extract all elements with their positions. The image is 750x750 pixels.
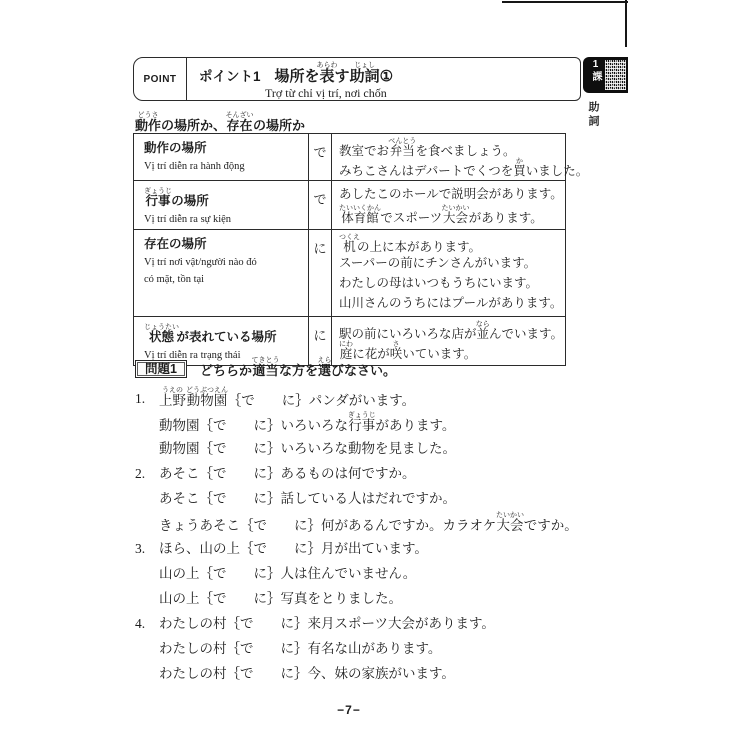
category-cell: 行事ぎょうじの場所Vị trí diễn ra sự kiện <box>134 181 309 230</box>
exercise-sentence: わたしの村｛で に｝来月スポーツ大会があります。 <box>159 611 495 636</box>
lesson-tab-texture-icon <box>605 60 626 90</box>
category-cell: 存在の場所Vị trí nơi vật/người nào đócó mặt, … <box>134 230 309 317</box>
exercise-line: 2.あそこ｛で に｝あるものは何ですか。 <box>135 461 605 486</box>
exercise-line: 山の上｛で に｝人は住んでいません。 <box>135 561 605 586</box>
example-sentence: あしたこのホールで説明会があります。 <box>339 184 561 204</box>
category-label-jp: 存在の場所 <box>144 237 302 252</box>
table-row: 行事ぎょうじの場所Vị trí diễn ra sự kiệnであしたこのホール… <box>134 181 566 230</box>
point-number: ポイント1 <box>199 69 261 85</box>
exercise-sentence: ほら、山の上｛で に｝月が出ています。 <box>159 536 428 561</box>
point-label: POINT <box>134 58 187 100</box>
exercise-line: 動物園｛で に｝いろいろな動物を見ました。 <box>135 436 605 461</box>
exercise-line: あそこ｛で に｝話している人はだれですか。 <box>135 486 605 511</box>
chapter-caption: 助詞 <box>585 101 601 129</box>
exercise-line: 4.わたしの村｛で に｝来月スポーツ大会があります。 <box>135 611 605 636</box>
exercise-sentence: あそこ｛で に｝話している人はだれですか。 <box>159 486 456 511</box>
particle-cell: に <box>309 230 332 317</box>
scan-artifact-top-line <box>502 1 628 3</box>
scanned-textbook-page: 1課 助詞 POINT ポイント1 場所を表あらわす助詞じょし① Trợ từ … <box>0 0 750 750</box>
exercise-line: きょうあそこ｛で に｝何があるんですか。カラオケ大会たいかいですか。 <box>135 511 605 536</box>
category-label-jp: 行事ぎょうじの場所 <box>144 188 302 209</box>
lesson-tab: 1課 <box>583 57 628 93</box>
exercise-sentence: 山の上｛で に｝人は住んでいません。 <box>159 561 416 586</box>
example-sentence: 山川さんのうちにはプールがあります。 <box>339 293 561 313</box>
particle-cell: で <box>309 134 332 181</box>
examples-cell: 机つくえの上に本があります。スーパーの前にチンさんがいます。わたしの母はいつもう… <box>332 230 566 317</box>
point-header-text: ポイント1 場所を表あらわす助詞じょし① Trợ từ chỉ vị trí, … <box>187 58 393 100</box>
exercise-number: 1. <box>135 386 159 411</box>
category-label-jp: 状態じょうたいが表れている場所 <box>144 324 302 345</box>
example-sentence: 駅の前にいろいろな店が並ならんでいます。 <box>339 320 561 340</box>
exercise-sentence: あそこ｛で に｝あるものは何ですか。 <box>159 461 416 486</box>
example-sentence: 体育館たいいくかんでスポーツ大会たいかいがあります。 <box>339 204 561 224</box>
exercise-line: 1.上野うえの動物園どうぶつえん｛で に｝パンダがいます。 <box>135 386 605 411</box>
exercise-number: 3. <box>135 536 159 561</box>
category-label-jp: 動作の場所 <box>144 141 302 156</box>
example-sentence: 机つくえの上に本があります。 <box>339 233 561 253</box>
exercise-sentence: 動物園｛で に｝いろいろな行事ぎょうじがあります。 <box>159 411 455 436</box>
exercise-sentence: 上野うえの動物園どうぶつえん｛で に｝パンダがいます。 <box>159 386 415 411</box>
table-row: 動作の場所Vị trí diễn ra hành độngで教室でお弁当べんとう… <box>134 134 566 181</box>
examples-cell: 教室でお弁当べんとうを食べましょう。みちこさんはデパートでくつを買かいました。 <box>332 134 566 181</box>
section-subtitle-vi: Trợ từ chỉ vị trí, nơi chốn <box>265 86 393 100</box>
category-label-vi: Vị trí diễn ra sự kiện <box>144 213 302 226</box>
exercise-sentence: 動物園｛で に｝いろいろな動物を見ました。 <box>159 436 456 461</box>
point-header: POINT ポイント1 場所を表あらわす助詞じょし① Trợ từ chỉ vị… <box>133 57 581 101</box>
exercise-number: 2. <box>135 461 159 486</box>
exercise-list: 1.上野うえの動物園どうぶつえん｛で に｝パンダがいます。動物園｛で に｝いろい… <box>135 386 605 686</box>
problem-badge: 問題1 <box>135 360 187 378</box>
exercise-line: わたしの村｛で に｝有名な山があります。 <box>135 636 605 661</box>
page-number: −7− <box>133 703 565 717</box>
category-cell: 動作の場所Vị trí diễn ra hành động <box>134 134 309 181</box>
problem-prompt: どちらか適当てきとうな方を選えらびなさい。 <box>200 357 396 381</box>
exercise-line: 山の上｛で に｝写真をとりました。 <box>135 586 605 611</box>
examples-cell: あしたこのホールで説明会があります。体育館たいいくかんでスポーツ大会たいかいがあ… <box>332 181 566 230</box>
category-label-vi: Vị trí diễn ra hành động <box>144 160 302 173</box>
intro-heading: 動作どうさの場所か、存在そんざいの場所か <box>135 112 305 130</box>
table-row: 存在の場所Vị trí nơi vật/người nào đócó mặt, … <box>134 230 566 317</box>
example-sentence: 教室でお弁当べんとうを食べましょう。 <box>339 137 561 157</box>
exercise-line: 動物園｛で に｝いろいろな行事ぎょうじがあります。 <box>135 411 605 436</box>
grammar-table: 動作の場所Vị trí diễn ra hành độngで教室でお弁当べんとう… <box>133 133 566 366</box>
category-label-vi: Vị trí nơi vật/người nào đó <box>144 256 302 269</box>
lesson-tab-label: 1課 <box>587 59 603 91</box>
exercise-number: 4. <box>135 611 159 636</box>
exercise-line: わたしの村｛で に｝今、妹の家族がいます。 <box>135 661 605 686</box>
particle-cell: で <box>309 181 332 230</box>
exercise-sentence: きょうあそこ｛で に｝何があるんですか。カラオケ大会たいかいですか。 <box>159 511 578 536</box>
problem-header: 問題1 どちらか適当てきとうな方を選えらびなさい。 <box>135 359 396 379</box>
exercise-sentence: わたしの村｛で に｝有名な山があります。 <box>159 636 441 661</box>
category-label-vi: có mặt, tồn tại <box>144 273 302 286</box>
scan-artifact-right-line <box>625 0 627 47</box>
grammar-table-body: 動作の場所Vị trí diễn ra hành độngで教室でお弁当べんとう… <box>134 134 566 366</box>
example-sentence: スーパーの前にチンさんがいます。 <box>339 253 561 273</box>
section-title: 場所を表あらわす助詞じょし① <box>275 62 394 85</box>
example-sentence: わたしの母はいつもうちにいます。 <box>339 273 561 293</box>
exercise-sentence: 山の上｛で に｝写真をとりました。 <box>159 586 402 611</box>
exercise-sentence: わたしの村｛で に｝今、妹の家族がいます。 <box>159 661 455 686</box>
exercise-line: 3.ほら、山の上｛で に｝月が出ています。 <box>135 536 605 561</box>
